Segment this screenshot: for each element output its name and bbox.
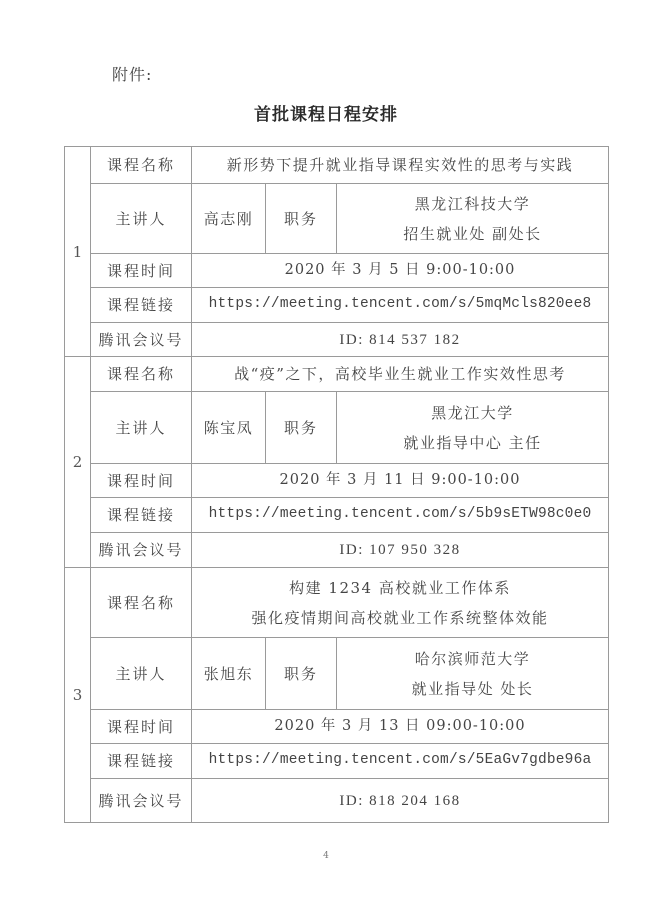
course-link-label: 课程链接 (91, 498, 192, 533)
position-label: 职务 (266, 392, 337, 464)
meeting-id-label: 腾讯会议号 (91, 533, 192, 568)
course-3-name-line-2: 强化疫情期间高校就业工作系统整体效能 (192, 609, 608, 627)
course-link-label: 课程链接 (91, 744, 192, 779)
course-2-meeting-row: 腾讯会议号 ID: 107 950 328 (65, 533, 609, 568)
course-2-number: 2 (65, 357, 91, 568)
course-2-name-row: 2 课程名称 战“疫”之下，高校毕业生就业工作实效性思考 (65, 357, 609, 392)
course-3-title: 就业指导处 处长 (337, 680, 608, 698)
page-number: 4 (0, 851, 652, 861)
course-3-speaker-row: 主讲人 张旭东 职务 哈尔滨师范大学 就业指导处 处长 (65, 638, 609, 710)
course-3-speaker-position: 哈尔滨师范大学 就业指导处 处长 (337, 638, 609, 710)
course-2-speaker-row: 主讲人 陈宝凤 职务 黑龙江大学 就业指导中心 主任 (65, 392, 609, 464)
course-3-name-line-1: 构建 1234 高校就业工作体系 (192, 579, 608, 597)
course-1-organization: 黑龙江科技大学 (337, 195, 608, 213)
course-3-time: 2020 年 3 月 13 日 09:00-10:00 (192, 710, 609, 744)
course-name-label: 课程名称 (91, 568, 192, 638)
course-2-organization: 黑龙江大学 (337, 404, 608, 422)
course-1-name: 新形势下提升就业指导课程实效性的思考与实践 (192, 147, 609, 184)
position-label: 职务 (266, 638, 337, 710)
course-3-link[interactable]: https://meeting.tencent.com/s/5EaGv7gdbe… (192, 744, 609, 779)
course-2-time: 2020 年 3 月 11 日 9:00-10:00 (192, 464, 609, 498)
course-2-link-row: 课程链接 https://meeting.tencent.com/s/5b9sE… (65, 498, 609, 533)
course-1-speaker-row: 主讲人 高志刚 职务 黑龙江科技大学 招生就业处 副处长 (65, 184, 609, 254)
course-1-speaker: 高志刚 (192, 184, 266, 254)
course-2-meeting-id: ID: 107 950 328 (192, 533, 609, 568)
course-2-speaker-position: 黑龙江大学 就业指导中心 主任 (337, 392, 609, 464)
course-2-speaker: 陈宝凤 (192, 392, 266, 464)
course-name-label: 课程名称 (91, 357, 192, 392)
course-1-title: 招生就业处 副处长 (337, 225, 608, 243)
position-label: 职务 (266, 184, 337, 254)
course-time-label: 课程时间 (91, 464, 192, 498)
course-schedule-table: 1 课程名称 新形势下提升就业指导课程实效性的思考与实践 主讲人 高志刚 职务 … (64, 146, 609, 823)
course-1-meeting-id: ID: 814 537 182 (192, 323, 609, 357)
course-1-time: 2020 年 3 月 5 日 9:00-10:00 (192, 254, 609, 288)
course-3-meeting-row: 腾讯会议号 ID: 818 204 168 (65, 779, 609, 823)
meeting-id-label: 腾讯会议号 (91, 323, 192, 357)
course-3-time-row: 课程时间 2020 年 3 月 13 日 09:00-10:00 (65, 710, 609, 744)
course-2-name: 战“疫”之下，高校毕业生就业工作实效性思考 (192, 357, 609, 392)
course-2-link[interactable]: https://meeting.tencent.com/s/5b9sETW98c… (192, 498, 609, 533)
course-1-number: 1 (65, 147, 91, 357)
course-3-name: 构建 1234 高校就业工作体系 强化疫情期间高校就业工作系统整体效能 (192, 568, 609, 638)
course-3-organization: 哈尔滨师范大学 (337, 650, 608, 668)
course-1-speaker-position: 黑龙江科技大学 招生就业处 副处长 (337, 184, 609, 254)
course-3-number: 3 (65, 568, 91, 823)
attachment-label: 附件: (112, 62, 152, 85)
speaker-label: 主讲人 (91, 638, 192, 710)
document-title: 首批课程日程安排 (0, 100, 652, 125)
course-3-name-row: 3 课程名称 构建 1234 高校就业工作体系 强化疫情期间高校就业工作系统整体… (65, 568, 609, 638)
speaker-label: 主讲人 (91, 184, 192, 254)
speaker-label: 主讲人 (91, 392, 192, 464)
course-1-time-row: 课程时间 2020 年 3 月 5 日 9:00-10:00 (65, 254, 609, 288)
course-time-label: 课程时间 (91, 710, 192, 744)
course-3-link-row: 课程链接 https://meeting.tencent.com/s/5EaGv… (65, 744, 609, 779)
course-3-speaker: 张旭东 (192, 638, 266, 710)
course-1-name-row: 1 课程名称 新形势下提升就业指导课程实效性的思考与实践 (65, 147, 609, 184)
course-2-title: 就业指导中心 主任 (337, 434, 608, 452)
course-time-label: 课程时间 (91, 254, 192, 288)
course-name-label: 课程名称 (91, 147, 192, 184)
course-3-meeting-id: ID: 818 204 168 (192, 779, 609, 823)
course-1-link[interactable]: https://meeting.tencent.com/s/5mqMcls820… (192, 288, 609, 323)
course-2-time-row: 课程时间 2020 年 3 月 11 日 9:00-10:00 (65, 464, 609, 498)
meeting-id-label: 腾讯会议号 (91, 779, 192, 823)
course-1-link-row: 课程链接 https://meeting.tencent.com/s/5mqMc… (65, 288, 609, 323)
course-link-label: 课程链接 (91, 288, 192, 323)
course-1-meeting-row: 腾讯会议号 ID: 814 537 182 (65, 323, 609, 357)
